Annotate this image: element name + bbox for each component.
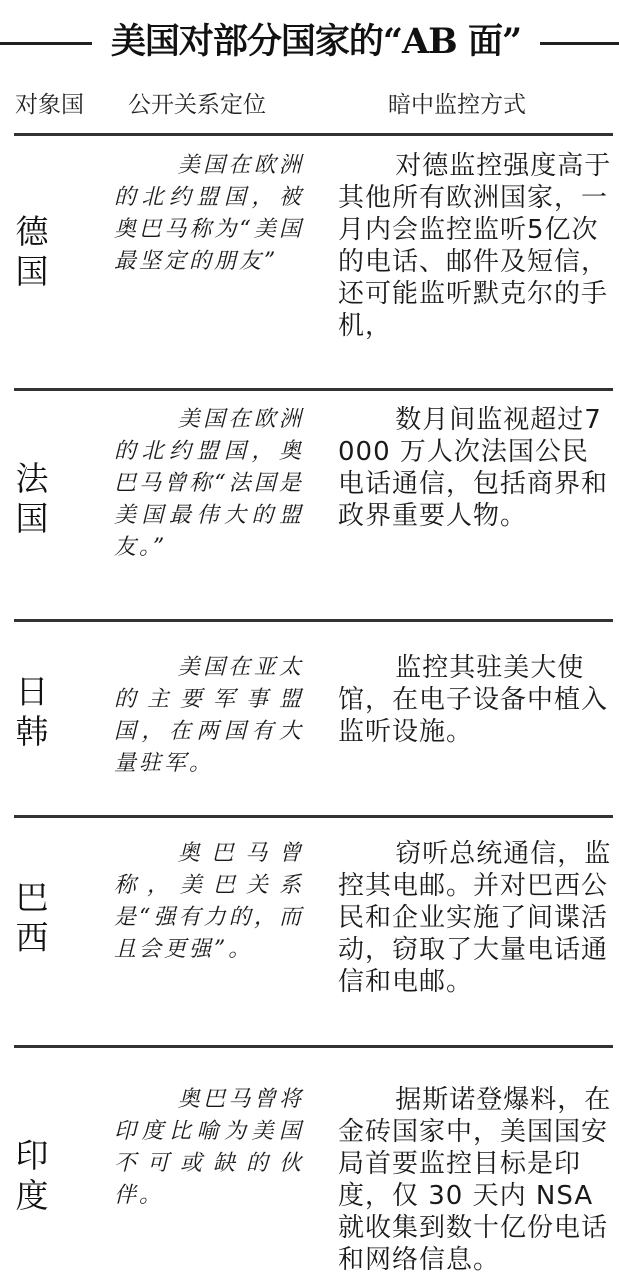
row-public-relation: 奥巴马曾称，美巴关系是“强有力的，而且会更强”。 <box>114 838 304 966</box>
header-public-relation: 公开关系定位 <box>128 88 266 122</box>
row-public-relation: 奥巴马曾将印度比喻为美国不可或缺的伙伴。 <box>114 1084 304 1212</box>
row-country: 德国 <box>12 212 52 292</box>
row-divider <box>14 1045 613 1048</box>
header-divider <box>14 133 613 136</box>
header-covert-method: 暗中监控方式 <box>388 88 526 122</box>
row-covert-method: 窃听总统通信，监控其电邮。并对巴西公民和企业实施了间谍活动，窃取了大量电话通信和… <box>338 838 614 998</box>
row-country: 法国 <box>12 459 52 539</box>
row-public-relation: 美国在欧洲的北约盟国，奥巴马曾称“法国是美国最伟大的盟友。” <box>114 404 304 564</box>
row-divider <box>14 815 613 818</box>
row-country: 巴西 <box>12 878 52 958</box>
row-covert-method: 监控其驻美大使馆，在电子设备中植入监听设施。 <box>338 652 614 748</box>
page-title: 美国对部分国家的“AB 面” <box>92 14 540 70</box>
table-header: 对象国 公开关系定位 暗中监控方式 <box>0 88 619 122</box>
title-bar: 美国对部分国家的“AB 面” <box>0 14 619 70</box>
row-public-relation: 美国在欧洲的北约盟国，被奥巴马称为“美国最坚定的朋友” <box>114 150 304 278</box>
title-rule-left <box>0 42 92 45</box>
row-public-relation: 美国在亚太的主要军事盟国，在两国有大量驻军。 <box>114 652 304 780</box>
row-covert-method: 对德监控强度高于其他所有欧洲国家，一月内会监控监听5亿次的电话、邮件及短信，还可… <box>338 150 614 342</box>
header-country: 对象国 <box>15 88 84 122</box>
row-country: 印度 <box>12 1136 52 1216</box>
row-divider <box>14 619 613 622</box>
row-divider <box>14 388 613 391</box>
row-covert-method: 数月间监视超过7000 万人次法国公民电话通信，包括商界和政界重要人物。 <box>338 404 614 532</box>
row-country: 日韩 <box>12 672 52 752</box>
row-covert-method: 据斯诺登爆料，在金砖国家中，美国国安局首要监控目标是印度，仅 30 天内 NSA… <box>338 1084 614 1276</box>
title-rule-right <box>540 42 619 45</box>
